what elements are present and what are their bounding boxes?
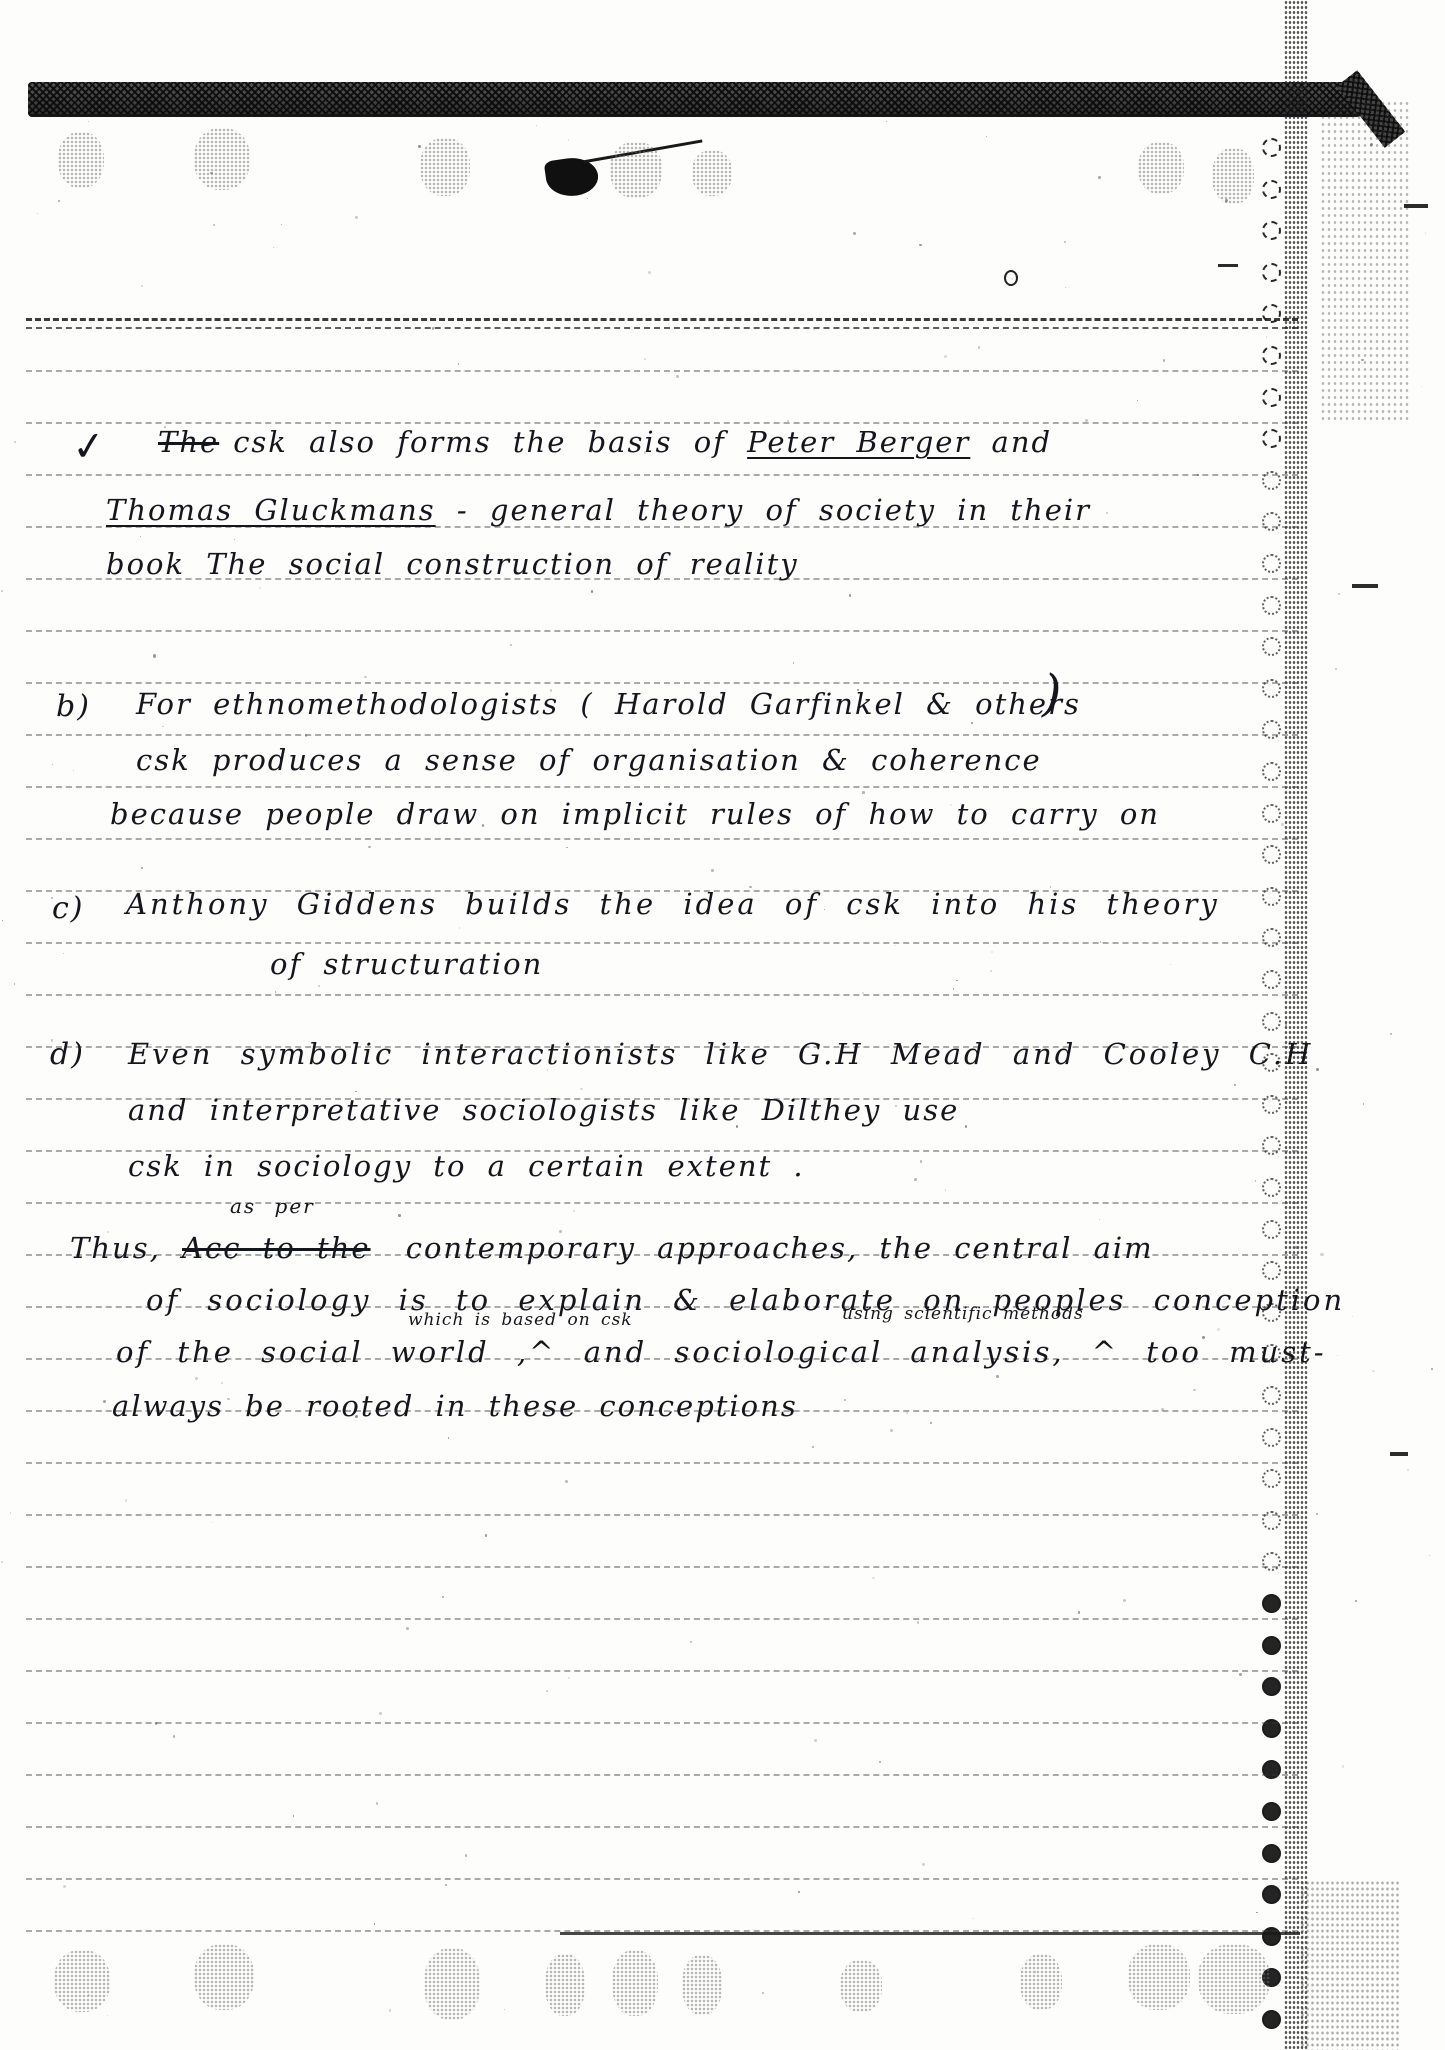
noise-dot xyxy=(849,594,851,596)
noise-dot xyxy=(711,869,714,872)
noise-dot xyxy=(432,327,435,330)
noise-dot xyxy=(644,358,646,360)
noise-dot xyxy=(1316,1068,1319,1071)
list-marker-b: b) xyxy=(56,688,91,726)
spiral-hole xyxy=(1262,1178,1281,1197)
noise-dot xyxy=(1078,1611,1081,1614)
note-line: and interpretative sociologists like Dil… xyxy=(128,1092,959,1128)
noise-dot xyxy=(690,1641,692,1643)
noise-dot xyxy=(536,125,537,126)
smudge xyxy=(840,1960,882,2012)
spiral-hole xyxy=(1262,180,1281,199)
smudge xyxy=(692,150,732,196)
spiral-hole xyxy=(1262,1760,1281,1779)
ruled-line xyxy=(26,838,1298,840)
note-line: book The social construction of reality xyxy=(106,546,799,582)
noise-dot xyxy=(355,216,358,219)
noise-dot xyxy=(812,1446,814,1448)
noise-dot xyxy=(914,1178,917,1181)
spiral-hole xyxy=(1262,845,1281,864)
spiral-binding-edge xyxy=(1284,0,1308,2050)
noise-dot xyxy=(1355,1600,1357,1602)
smudge xyxy=(1198,1944,1270,2014)
spiral-hole xyxy=(1262,346,1281,365)
note-text: csk also forms the basis of xyxy=(233,425,747,459)
spiral-hole xyxy=(1262,1802,1281,1821)
scanned-notebook-page: ✓ Thecsk also forms the basis of Peter B… xyxy=(0,0,1445,2050)
noise-dot xyxy=(906,1412,908,1414)
binding-texture-top xyxy=(1320,100,1410,420)
smudge xyxy=(54,1950,110,2012)
note-text: Thus, xyxy=(70,1231,182,1265)
spiral-hole xyxy=(1262,1386,1281,1405)
noise-dot xyxy=(591,590,594,593)
noise-dot xyxy=(972,1918,974,1920)
spiral-hole xyxy=(1262,221,1281,240)
noise-dot xyxy=(1106,512,1108,514)
ruled-line xyxy=(26,474,1298,476)
noise-dot xyxy=(107,2015,108,2016)
noise-dot xyxy=(459,927,461,929)
spiral-hole xyxy=(1262,804,1281,823)
noise-dot xyxy=(787,420,789,422)
ink-blot xyxy=(544,155,601,200)
noise-dot xyxy=(504,2009,505,2010)
noise-dot xyxy=(862,791,865,794)
ruled-line xyxy=(26,1826,1298,1828)
spiral-hole xyxy=(1262,720,1281,739)
noise-dot xyxy=(1342,1765,1344,1767)
smudge xyxy=(610,142,662,198)
noise-dot xyxy=(1338,593,1340,595)
noise-dot xyxy=(510,644,512,646)
noise-dot xyxy=(234,539,235,540)
noise-dot xyxy=(1239,1673,1242,1676)
noise-dot xyxy=(762,1992,764,1994)
noise-dot xyxy=(917,1621,920,1624)
smudge xyxy=(194,1944,254,2010)
noise-dot xyxy=(1407,1469,1409,1471)
smudge xyxy=(194,128,250,190)
noise-dot xyxy=(1,1561,3,1563)
noise-dot xyxy=(1163,359,1165,361)
noise-dot xyxy=(88,121,89,122)
noise-dot xyxy=(442,1596,444,1598)
noise-dot xyxy=(1335,668,1336,669)
noise-dot xyxy=(1421,386,1423,388)
note-text: - general theory of society in their xyxy=(436,493,1091,527)
noise-dot xyxy=(14,441,16,443)
note-line: csk produces a sense of organisation & c… xyxy=(136,742,1042,778)
noise-dot xyxy=(862,992,863,993)
noise-dot xyxy=(890,1429,893,1432)
spiral-hole xyxy=(1262,1885,1281,1904)
noise-dot xyxy=(148,322,149,323)
noise-dot xyxy=(573,1210,575,1212)
noise-dot xyxy=(1429,1555,1430,1556)
noise-dot xyxy=(793,662,794,663)
noise-dot xyxy=(978,346,981,349)
noise-dot xyxy=(259,587,261,589)
spiral-hole xyxy=(1262,762,1281,781)
note-line: For ethnomethodologists ( Harold Garfink… xyxy=(136,686,1081,722)
noise-dot xyxy=(1123,1599,1126,1602)
spiral-hole xyxy=(1262,1428,1281,1447)
struck-phrase: Acc to the xyxy=(182,1231,370,1265)
noise-dot xyxy=(956,980,958,982)
stray-dash xyxy=(1218,264,1238,267)
note-line: of sociology is to explain & elaborate o… xyxy=(146,1282,1345,1318)
noise-dot xyxy=(1372,1370,1375,1373)
noise-dot xyxy=(1425,232,1427,234)
spiral-hole xyxy=(1262,1677,1281,1696)
noise-dot xyxy=(485,1534,488,1537)
ruled-line xyxy=(26,942,1298,944)
noise-dot xyxy=(1255,1180,1256,1181)
noise-dot xyxy=(1217,1328,1220,1331)
noise-dot xyxy=(1266,336,1267,337)
noise-dot xyxy=(1085,419,1088,422)
spiral-hole xyxy=(1262,1012,1281,1031)
ruled-line xyxy=(26,994,1298,996)
spiral-hole xyxy=(1262,2010,1281,2029)
noise-dot xyxy=(676,375,679,378)
noise-dot xyxy=(141,867,143,869)
noise-dot xyxy=(568,1677,570,1679)
ruled-line-dark xyxy=(26,327,1298,329)
scan-top-band xyxy=(28,82,1366,117)
noise-dot xyxy=(368,846,370,848)
note-line: csk in sociology to a certain extent . xyxy=(128,1148,805,1184)
ruled-line xyxy=(26,1618,1298,1620)
noise-dot xyxy=(895,945,896,946)
ruled-line xyxy=(26,1774,1298,1776)
noise-dot xyxy=(221,1382,223,1384)
noise-dot xyxy=(125,1499,128,1502)
noise-dot xyxy=(990,970,992,972)
binding-texture-bottom xyxy=(1300,1880,1400,2050)
noise-dot xyxy=(986,136,988,138)
noise-dot xyxy=(844,1399,846,1401)
spiral-hole xyxy=(1262,554,1281,573)
noise-dot xyxy=(210,172,213,175)
spiral-hole xyxy=(1262,1136,1281,1155)
spiral-hole xyxy=(1262,637,1281,656)
noise-dot xyxy=(1352,1316,1353,1317)
spiral-hole xyxy=(1262,1220,1281,1239)
noise-dot xyxy=(14,983,15,984)
noise-dot xyxy=(155,1722,157,1724)
noise-dot xyxy=(1099,1219,1100,1220)
struck-word: The xyxy=(158,425,219,459)
note-line: always be rooted in these conceptions xyxy=(112,1388,798,1424)
ruled-line xyxy=(26,1878,1298,1880)
noise-dot xyxy=(879,1761,881,1763)
noise-dot xyxy=(922,1863,925,1866)
noise-dot xyxy=(1431,1368,1432,1369)
noise-dot xyxy=(63,1885,66,1888)
noise-dot xyxy=(1256,1912,1257,1913)
noise-dot xyxy=(814,1739,817,1742)
ruled-line xyxy=(26,682,1298,684)
noise-dot xyxy=(458,363,460,365)
note-line-intro: Thecsk also forms the basis of Peter Ber… xyxy=(158,424,1052,460)
underlined-name: Peter Berger xyxy=(747,425,970,459)
noise-dot xyxy=(953,988,954,989)
noise-dot xyxy=(281,224,282,225)
noise-dot xyxy=(379,1712,382,1715)
noise-dot xyxy=(580,1088,582,1090)
noise-dot xyxy=(1316,1513,1318,1515)
noise-dot xyxy=(1284,1271,1287,1274)
noise-dot xyxy=(173,1735,175,1737)
noise-dot xyxy=(398,1214,400,1216)
noise-dot xyxy=(153,654,156,657)
ruled-line xyxy=(26,734,1298,736)
noise-dot xyxy=(1281,823,1283,825)
spiral-hole xyxy=(1262,1469,1281,1488)
list-marker-d: d) xyxy=(50,1036,85,1074)
noise-dot xyxy=(63,953,64,954)
noise-dot xyxy=(445,1884,448,1887)
ruled-line xyxy=(26,370,1298,372)
noise-dot xyxy=(813,329,815,331)
noise-dot xyxy=(1234,1084,1235,1085)
noise-dot xyxy=(448,1437,449,1438)
noise-dot xyxy=(971,722,973,724)
note-line: of structuration xyxy=(270,946,543,982)
superscript-correction: as per xyxy=(230,1194,315,1219)
ruled-line xyxy=(26,1566,1298,1568)
ruled-line xyxy=(26,786,1298,788)
noise-dot xyxy=(73,770,74,771)
noise-dot xyxy=(920,1160,923,1163)
noise-dot xyxy=(37,213,38,214)
spiral-hole xyxy=(1262,138,1281,157)
noise-dot xyxy=(212,1522,213,1523)
noise-dot xyxy=(872,1577,874,1579)
note-line: Even symbolic interactionists like G.H M… xyxy=(128,1036,1313,1072)
noise-dot xyxy=(318,985,321,988)
noise-dot xyxy=(213,224,214,225)
note-line: of the social world ,^ and sociological … xyxy=(116,1334,1327,1370)
inline-insertion: using scientific methods xyxy=(842,1304,1084,1325)
ruled-line-bottom xyxy=(560,1932,1300,1935)
noise-dot xyxy=(465,1854,468,1857)
noise-dot xyxy=(648,271,651,274)
note-text: and xyxy=(970,425,1052,459)
noise-dot xyxy=(1,590,3,592)
noise-dot xyxy=(991,951,993,953)
noise-dot xyxy=(305,734,307,736)
noise-dot xyxy=(853,232,856,235)
note-line: Anthony Giddens builds the idea of csk i… xyxy=(126,886,1220,922)
spiral-hole xyxy=(1262,1594,1281,1613)
noise-dot xyxy=(52,764,53,765)
noise-dot xyxy=(1320,1253,1323,1256)
ruled-line xyxy=(26,1514,1298,1516)
noise-dot xyxy=(2,920,3,921)
noise-dot xyxy=(103,1400,106,1403)
noise-dot xyxy=(406,1627,409,1630)
noise-dot xyxy=(546,1690,548,1692)
noise-dot xyxy=(389,2009,391,2011)
noise-dot xyxy=(293,1815,294,1816)
noise-dot xyxy=(565,1480,568,1483)
noise-dot xyxy=(1390,1033,1393,1036)
noise-dot xyxy=(566,847,568,849)
note-line: because people draw on implicit rules of… xyxy=(110,796,1160,832)
closing-paren: ) xyxy=(1042,662,1064,725)
noise-dot xyxy=(1098,176,1101,179)
spiral-hole xyxy=(1262,1261,1281,1280)
noise-dot xyxy=(1137,400,1139,402)
noise-dot xyxy=(275,991,277,993)
noise-dot xyxy=(364,676,367,679)
noise-dot xyxy=(374,1923,376,1925)
noise-dot xyxy=(141,285,143,287)
noise-dot xyxy=(1064,241,1066,243)
noise-dot xyxy=(587,198,588,199)
stray-dash xyxy=(1390,1452,1408,1456)
noise-dot xyxy=(1225,199,1228,202)
noise-dot xyxy=(10,1512,12,1514)
smudge xyxy=(424,1948,480,2020)
stray-dash xyxy=(1404,204,1428,208)
underlined-name: Thomas Gluckmans xyxy=(106,493,436,527)
spiral-hole xyxy=(1262,512,1281,531)
stray-dash xyxy=(1352,584,1378,588)
ruled-line xyxy=(26,1722,1298,1724)
spiral-hole xyxy=(1262,1844,1281,1863)
noise-dot xyxy=(945,1189,946,1190)
smudge xyxy=(1020,1954,1062,2010)
ruled-line xyxy=(26,630,1298,632)
noise-dot xyxy=(376,1802,378,1804)
smudge xyxy=(1128,1944,1190,2010)
inline-insertion: which is based on csk xyxy=(408,1310,633,1331)
spiral-hole xyxy=(1262,388,1281,407)
noise-dot xyxy=(140,536,141,537)
ruled-line xyxy=(26,1462,1298,1464)
list-marker-c: c) xyxy=(52,890,85,928)
noise-dot xyxy=(418,145,421,148)
noise-dot xyxy=(886,121,888,123)
noise-dot xyxy=(162,726,163,727)
smudge xyxy=(1138,142,1184,194)
noise-dot xyxy=(1337,1355,1338,1356)
ruled-line xyxy=(26,1670,1298,1672)
ruled-line xyxy=(26,1202,1298,1204)
noise-dot xyxy=(930,1422,932,1424)
spiral-hole xyxy=(1262,970,1281,989)
noise-dot xyxy=(996,1375,999,1378)
noise-dot xyxy=(798,1891,800,1893)
noise-dot xyxy=(1178,1150,1180,1152)
noise-dot xyxy=(1197,474,1198,475)
note-line-conclusion: Thus, Acc to the contemporary approaches… xyxy=(70,1230,1154,1266)
ruled-line xyxy=(26,318,1298,321)
noise-dot xyxy=(58,200,60,202)
smudge xyxy=(420,138,470,196)
noise-dot xyxy=(919,244,921,246)
noise-dot xyxy=(1193,1389,1195,1391)
smudge xyxy=(545,1954,585,2016)
smudge xyxy=(58,132,104,188)
noise-dot xyxy=(1363,1103,1364,1104)
spiral-hole xyxy=(1262,928,1281,947)
noise-dot xyxy=(1065,287,1066,288)
noise-dot xyxy=(273,247,274,248)
spiral-hole xyxy=(1262,596,1281,615)
noise-dot xyxy=(1295,1246,1297,1248)
spiral-hole xyxy=(1262,1552,1281,1571)
spiral-hole xyxy=(1262,429,1281,448)
note-text: contemporary approaches, the central aim xyxy=(385,1231,1154,1265)
spiral-hole xyxy=(1262,1636,1281,1655)
noise-dot xyxy=(965,1125,968,1128)
smudge xyxy=(682,1955,722,2015)
noise-dot xyxy=(195,1377,198,1380)
noise-dot xyxy=(944,355,947,358)
spiral-hole xyxy=(1262,263,1281,282)
noise-dot xyxy=(1304,1891,1307,1894)
note-line: Thomas Gluckmans - general theory of soc… xyxy=(106,492,1091,528)
smudge xyxy=(1212,148,1254,204)
noise-dot xyxy=(568,139,570,141)
checkmark-icon: ✓ xyxy=(70,422,108,471)
smudge xyxy=(612,1950,658,2016)
noise-dot xyxy=(1285,1024,1287,1026)
noise-dot xyxy=(1170,964,1171,965)
